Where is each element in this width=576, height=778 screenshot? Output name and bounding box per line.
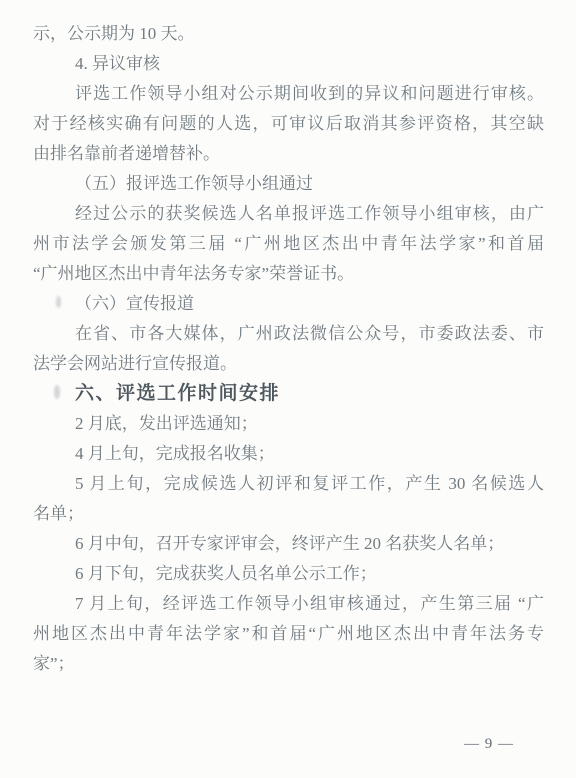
text-line: 在省、市各大媒体，广州政法微信公众号，市委政法委、市 [33, 319, 544, 349]
text-line: 7 月上旬，经评选工作领导小组审核通过，产生第三届 “广 [33, 589, 544, 619]
scan-artifact [56, 296, 61, 308]
text-line: 经过公示的获奖候选人名单报评选工作领导小组审核，由广 [33, 199, 544, 229]
text-line: 名单； [33, 499, 544, 529]
text-line: 2 月底，发出评选通知； [33, 409, 544, 439]
text-line: 家”； [33, 649, 544, 679]
text-line: 评选工作领导小组对公示期间收到的异议和问题进行审核。 [33, 79, 544, 109]
scan-artifact [54, 385, 60, 399]
section-heading: 六、评选工作时间安排 [33, 379, 544, 409]
text-line: （五）报评选工作领导小组通过 [33, 169, 544, 199]
text-line: 4. 异议审核 [33, 49, 544, 79]
text-line: 示，公示期为 10 天。 [33, 19, 544, 49]
text-line: 6 月下旬，完成获奖人员名单公示工作； [33, 559, 544, 589]
text-line: 4 月上旬，完成报名收集； [33, 439, 544, 469]
text-line: 5 月上旬，完成候选人初评和复评工作，产生 30 名候选人 [33, 469, 544, 499]
text-line: 由排名靠前者递增替补。 [33, 139, 544, 169]
text-line: 对于经核实确有问题的人选，可审议后取消其参评资格，其空缺 [33, 109, 544, 139]
text-line: 州市法学会颁发第三届 “广州地区杰出中青年法学家”和首届 [33, 229, 544, 259]
text-line: 州地区杰出中青年法学家”和首届“广州地区杰出中青年法务专 [33, 619, 544, 649]
text-line: （六）宣传报道 [33, 289, 544, 319]
text-line: 法学会网站进行宣传报道。 [33, 349, 544, 379]
text-line: “广州地区杰出中青年法务专家”荣誉证书。 [33, 259, 544, 289]
text-line: 6 月中旬，召开专家评审会，终评产生 20 名获奖人名单； [33, 529, 544, 559]
page-number: — 9 — [464, 733, 514, 755]
document-page: 示，公示期为 10 天。 4. 异议审核 评选工作领导小组对公示期间收到的异议和… [0, 0, 576, 778]
